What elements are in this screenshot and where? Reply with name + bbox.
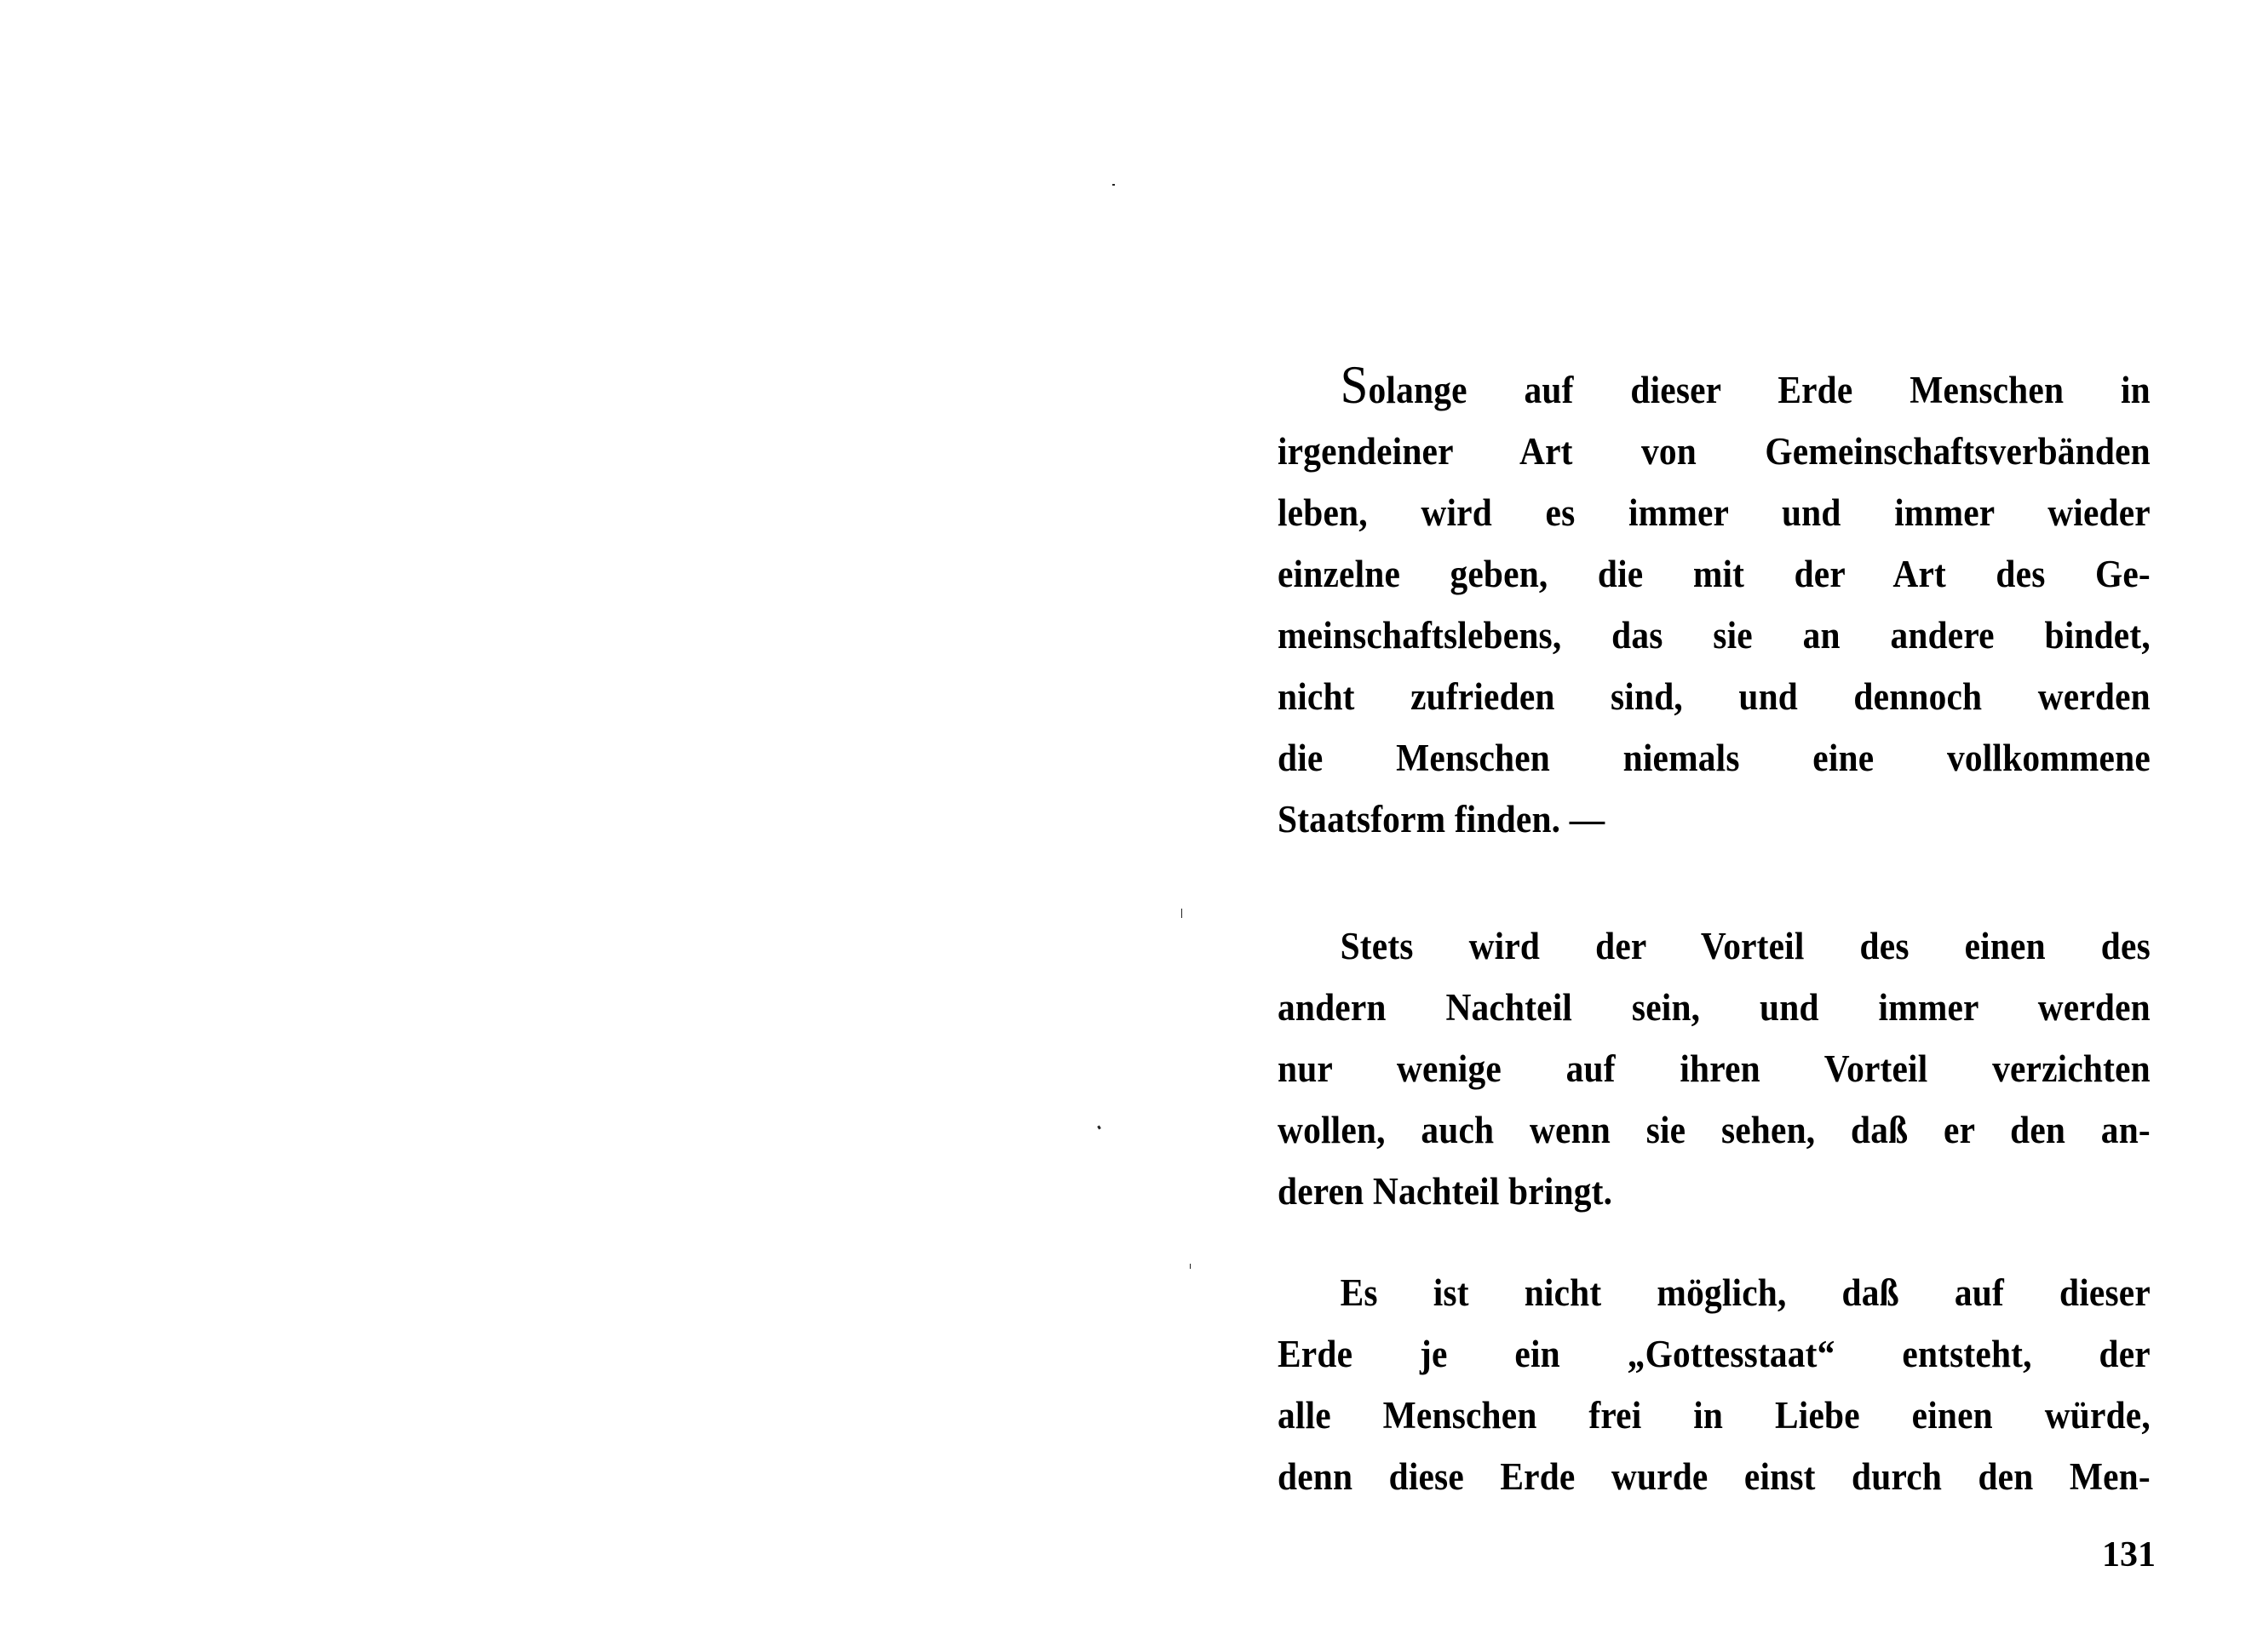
paragraph-3: Es ist nicht möglich, daß auf dieser Erd… [1278,1262,2226,1507]
drop-initial: S [1341,354,1369,415]
text-line: nicht zufrieden sind, und dennoch werden [1278,666,2151,727]
text-line: deren Nachteil bringt. [1278,1161,2151,1222]
text-line: Stets wird der Vorteil des einen des [1278,915,2151,977]
text-line: andern Nachteil sein, und immer werden [1278,977,2151,1038]
text-line: Solange auf dieser Erde Menschen in [1278,358,2151,421]
scan-speck [1112,184,1115,186]
text-line: Staatsform finden. — [1278,789,2151,850]
paragraph-2: Stets wird der Vorteil des einen des and… [1278,915,2226,1222]
scan-speck [1181,909,1182,918]
text-line: alle Menschen frei in Liebe einen würde, [1278,1385,2151,1446]
book-spread: Solange auf dieser Erde Menschen in irge… [0,0,2257,1652]
text-line: Es ist nicht möglich, daß auf dieser [1278,1262,2151,1323]
text-line: leben, wird es immer und immer wieder [1278,482,2151,543]
left-page-blank [0,0,1192,1652]
paragraph-1: Solange auf dieser Erde Menschen in irge… [1278,358,2226,850]
text-line: die Menschen niemals eine vollkommene [1278,727,2151,789]
text-line: meinschaftslebens, das sie an andere bin… [1278,605,2151,666]
text-line: wollen, auch wenn sie sehen, daß er den … [1278,1099,2151,1161]
text-line: Erde je ein „Gottesstaat“ entsteht, der [1278,1323,2151,1385]
scan-speck [1097,1126,1101,1130]
text-line: einzelne geben, die mit der Art des Ge- [1278,543,2151,605]
text-line: denn diese Erde wurde einst durch den Me… [1278,1446,2151,1507]
page-number: 131 [2102,1537,2156,1573]
text-line: nur wenige auf ihren Vorteil verzichten [1278,1038,2151,1099]
text-line: irgendeiner Art von Gemeinschaftsverbänd… [1278,421,2151,482]
scan-speck [1190,1264,1191,1269]
